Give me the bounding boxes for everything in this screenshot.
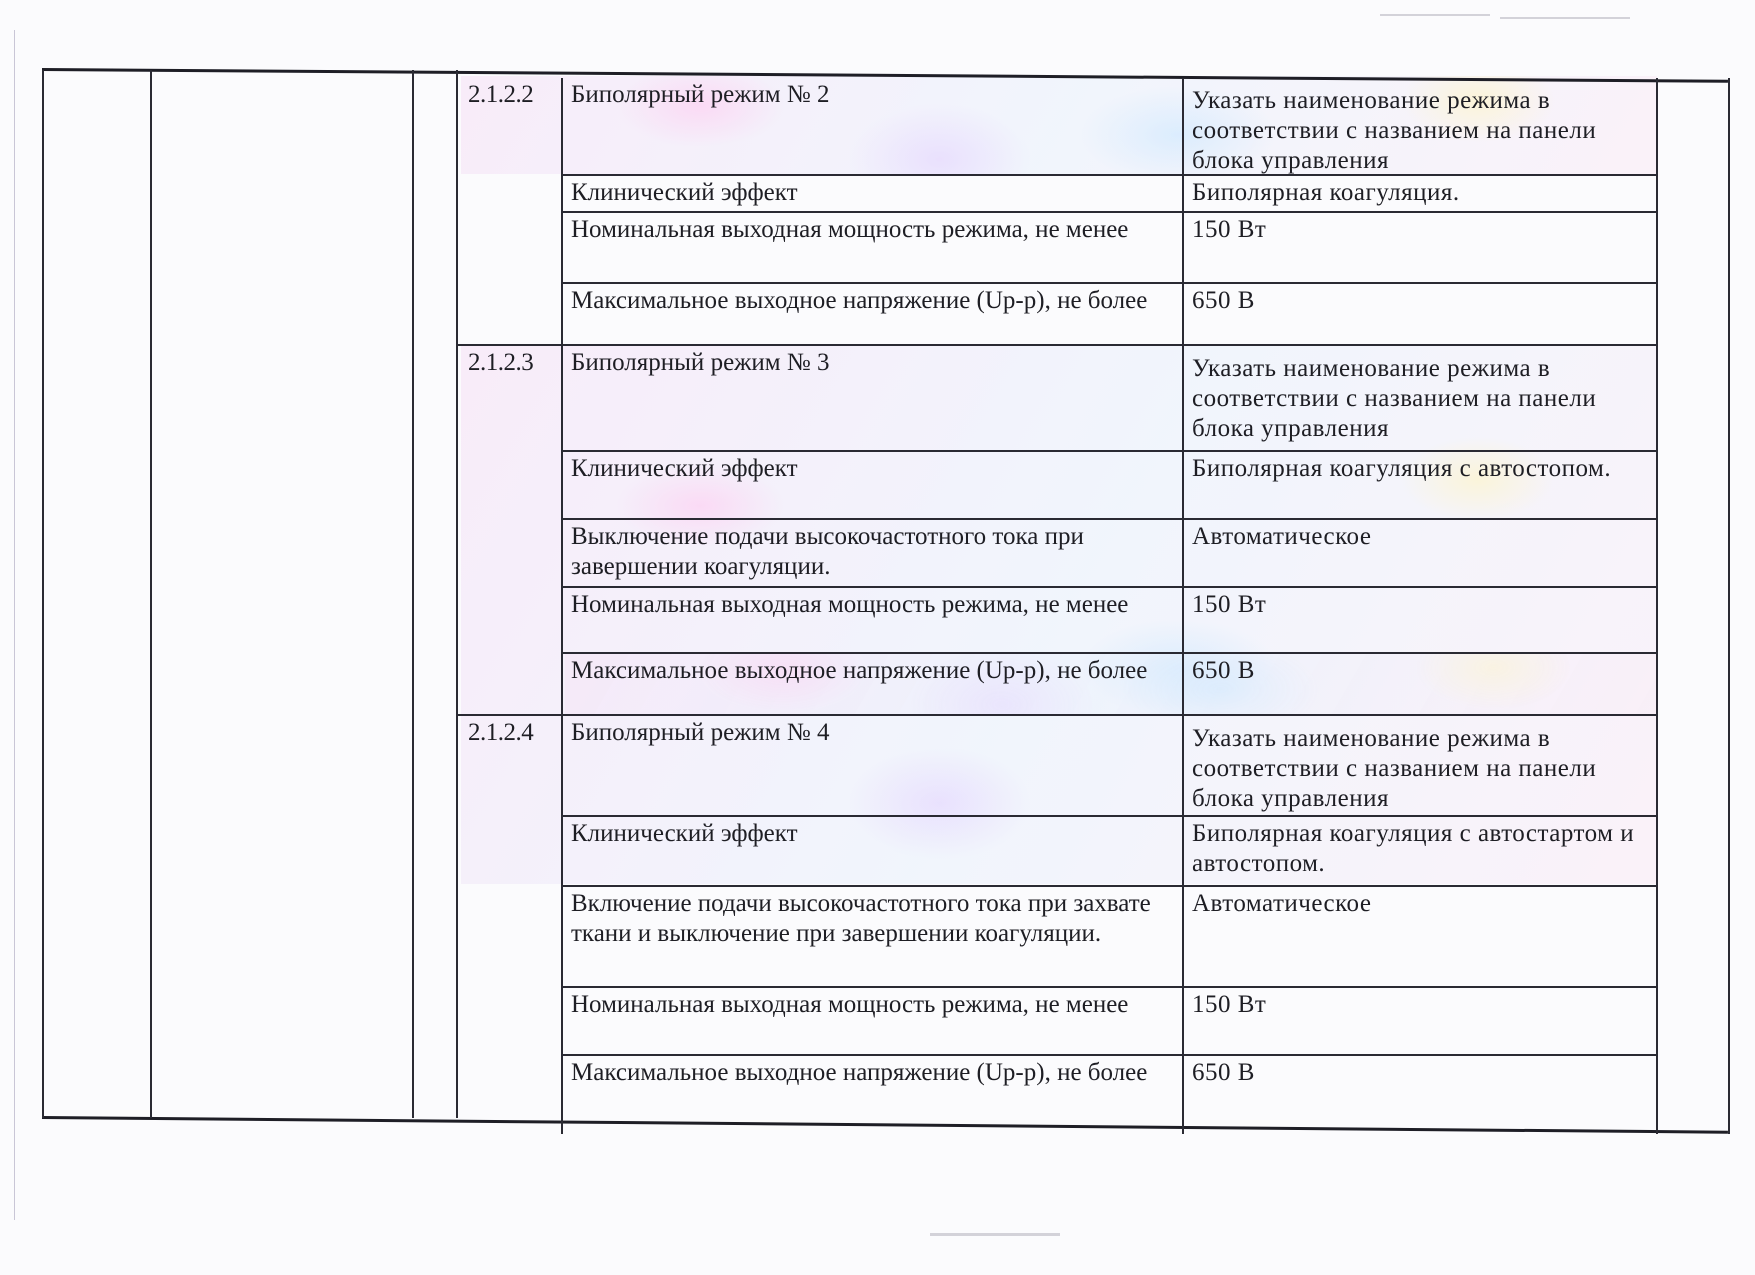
scan-artifact — [1380, 14, 1490, 16]
column-divider — [42, 70, 44, 1118]
param-cell: Биполярный режим № 3 — [561, 346, 1182, 452]
param-cell: Клинический эффект — [561, 817, 1182, 887]
section-number: 2.1.2.3 — [456, 346, 561, 380]
param-cell: Клинический эффект — [561, 176, 1182, 213]
section-number: 2.1.2.2 — [456, 78, 561, 112]
param-cell: Номинальная выходная мощность режима, не… — [561, 213, 1182, 284]
value-cell: Указать наименование режима в соответств… — [1182, 722, 1656, 823]
value-cell: 150 Вт — [1182, 588, 1656, 654]
value-cell: 150 Вт — [1182, 213, 1656, 284]
param-cell: Максимальное выходное напряжение (Up-p),… — [561, 284, 1182, 346]
value-cell: Указать наименование режима в соответств… — [1182, 352, 1656, 458]
value-cell: 650 В — [1182, 284, 1656, 346]
column-divider — [150, 70, 152, 1118]
value-cell: Биполярная коагуляция. — [1182, 176, 1656, 213]
value-cell: 650 В — [1182, 1056, 1656, 1126]
scan-artifact — [930, 1233, 1060, 1236]
param-cell: Клинический эффект — [561, 452, 1182, 520]
param-cell: Биполярный режим № 4 — [561, 716, 1182, 817]
param-cell: Номинальная выходная мощность режима, не… — [561, 588, 1182, 654]
section-number: 2.1.2.4 — [456, 716, 561, 750]
param-cell: Максимальное выходное напряжение (Up-p),… — [561, 654, 1182, 716]
value-cell: Автоматическое — [1182, 887, 1656, 988]
value-cell: 650 В — [1182, 654, 1656, 716]
column-divider — [1656, 78, 1658, 1134]
param-cell: Максимальное выходное напряжение (Up-p),… — [561, 1056, 1182, 1126]
param-cell: Номинальная выходная мощность режима, не… — [561, 988, 1182, 1056]
column-divider — [1728, 78, 1730, 1134]
column-divider — [412, 70, 414, 1118]
value-cell: 150 Вт — [1182, 988, 1656, 1056]
value-cell: Биполярная коагуляция с автостопом. — [1182, 452, 1656, 520]
value-cell: Автоматическое — [1182, 520, 1656, 588]
param-cell: Выключение подачи высокочастотного тока … — [561, 520, 1182, 588]
scan-artifact — [1500, 17, 1630, 19]
value-cell: Биполярная коагуляция с автостартом и ав… — [1182, 817, 1656, 887]
param-cell: Включение подачи высокочастотного тока п… — [561, 887, 1182, 988]
page-edge — [14, 30, 15, 1220]
value-cell: Указать наименование режима в соответств… — [1182, 84, 1656, 182]
param-cell: Биполярный режим № 2 — [561, 78, 1182, 176]
column-divider — [456, 70, 458, 1118]
